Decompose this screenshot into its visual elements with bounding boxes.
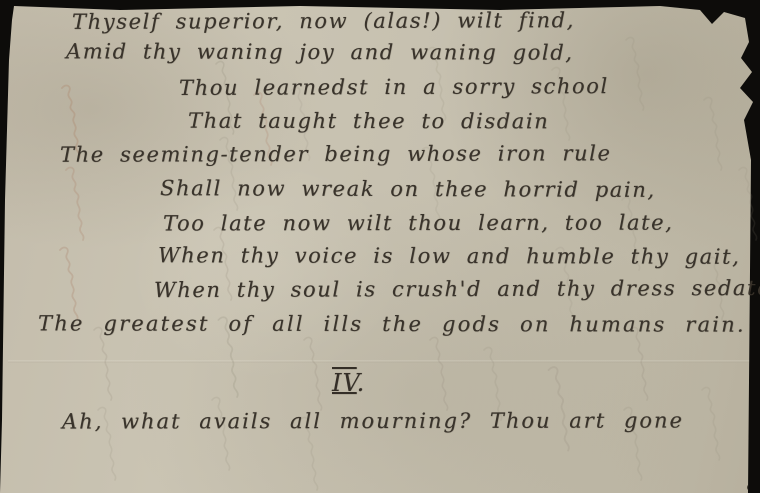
poem-line: Thyself superior, now (alas!) wilt find, [72,7,575,35]
poem-line: When thy voice is low and humble thy gai… [158,242,740,270]
section-heading: IV. [332,370,365,396]
section-punctuation: . [357,369,366,397]
poem-line: The seeming-tender being whose iron rule [60,140,612,168]
poem-line: Shall now wreak on thee horrid pain, [160,175,656,203]
poem-line: The greatest of all ills the gods on hum… [38,310,746,337]
poem-line: Ah, what avails all mourning? Thou art g… [62,407,684,434]
poem: Thyself superior, now (alas!) wilt find,… [0,0,760,493]
poem-line: Too late now wilt thou learn, too late, [163,210,673,237]
poem-line: That taught thee to disdain [188,108,549,135]
poem-line: When thy soul is crush'd and thy dress s… [154,275,760,303]
poem-line: Thou learnedst in a sorry school [179,73,609,101]
poem-line: Amid thy waning joy and waning gold, [66,38,574,66]
section-numeral: IV [332,369,357,397]
